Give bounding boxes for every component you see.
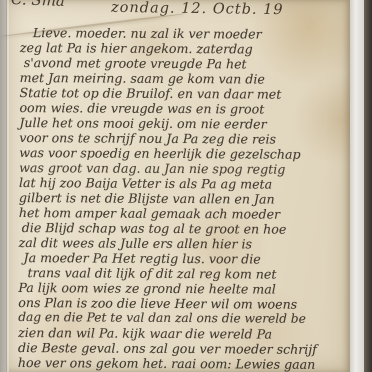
letter-paper: C. Sma zondag. 12. Octb. 19 Lieve. moede… [7,0,350,372]
letter-photo: C. Sma zondag. 12. Octb. 19 Lieve. moede… [0,0,372,372]
background-right-dark-strip [364,0,372,372]
corner-text: C. Sma [11,0,66,10]
letter-line: hoe ver ons gekom het. raai oom: Lewies … [15,355,342,372]
letter-body: Lieve. moeder. nu zal ik ver moeder zeg … [15,25,344,372]
background-right-light-band [348,0,365,372]
date-line: zondag. 12. Octb. 19 [111,0,284,18]
